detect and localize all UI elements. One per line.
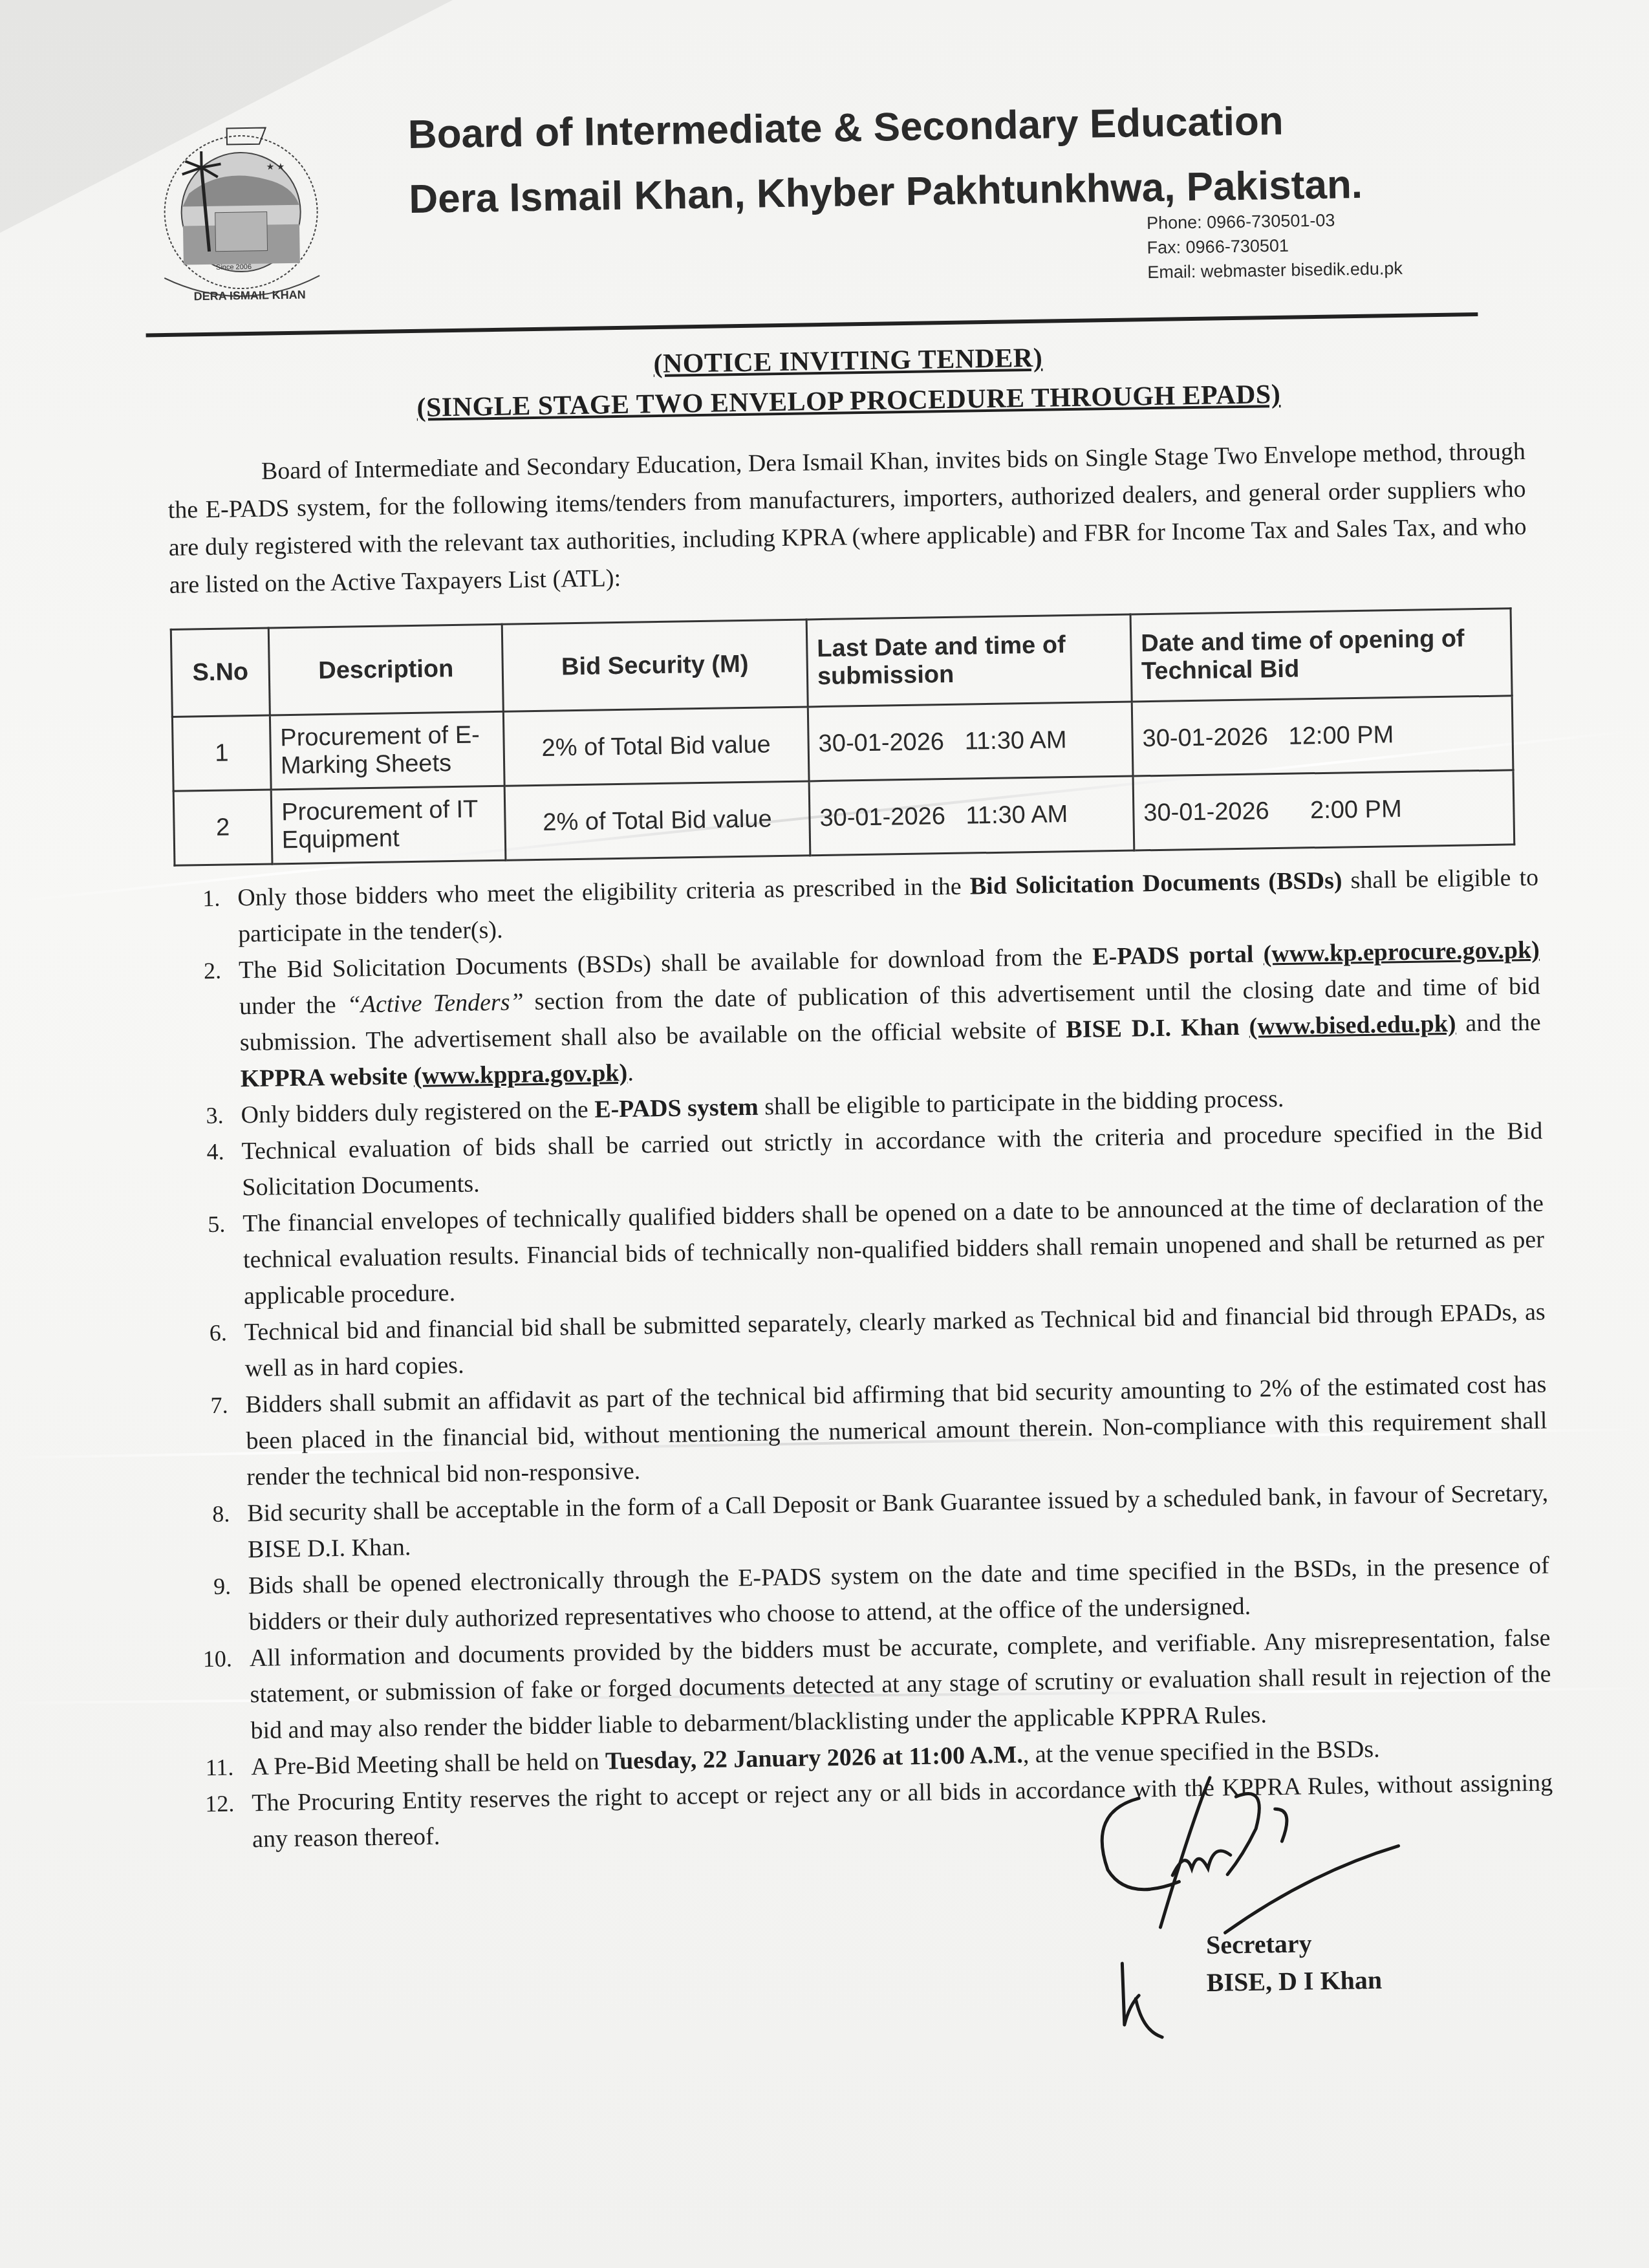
document-body: ★ ★ Since 2006 DERA ISMAIL KHAN Board of… [162,82,1557,2072]
scanned-page: ★ ★ Since 2006 DERA ISMAIL KHAN Board of… [0,0,1649,2268]
link-eprocure[interactable]: (www.kp.eprocure.gov.pk) [1263,936,1540,968]
svg-text:DERA ISMAIL KHAN: DERA ISMAIL KHAN [194,288,306,303]
header-bid-security: Bid Security (M) [502,620,808,711]
contact-info: Phone: 0966-730501-03 Fax: 0966-730501 E… [1147,207,1403,285]
cell-last-date: 30-01-2026 11:30 AM [809,776,1134,856]
bise-seal-logo-icon: ★ ★ Since 2006 DERA ISMAIL KHAN [136,114,346,311]
cell-description: Procurement of E-Marking Sheets [270,711,504,790]
term-item: The Bid Solicitation Documents (BSDs) sh… [227,932,1542,1097]
phone-number: Phone: 0966-730501-03 [1147,207,1402,235]
svg-text:★ ★: ★ ★ [266,162,285,172]
cell-last-date: 30-01-2026 11:30 AM [808,702,1133,781]
fax-number: Fax: 0966-730501 [1147,232,1402,260]
header-last-date: Last Date and time of submission [806,614,1132,707]
signatory-title: Secretary [1205,1924,1381,1964]
link-bised[interactable]: (www.bised.edu.pk) [1249,1010,1456,1041]
header-divider [146,312,1478,337]
header-description: Description [268,624,503,715]
intro-paragraph: Board of Intermediate and Secondary Educ… [167,433,1534,604]
cell-bid-security: 2% of Total Bid value [504,781,810,860]
terms-list: Only those bidders who meet the eligibil… [174,859,1553,1859]
cell-opening-date: 30-01-2026 12:00 PM [1132,696,1513,776]
cell-sno: 1 [172,715,271,791]
cell-bid-security: 2% of Total Bid value [503,707,809,786]
link-kppra[interactable]: (www.kppra.gov.pk) [413,1059,627,1090]
svg-text:Since 2006: Since 2006 [216,263,252,272]
header-opening-date: Date and time of opening of Technical Bi… [1130,609,1512,702]
term-item: All information and documents provided b… [237,1620,1551,1749]
handwritten-initials-icon [1115,1960,1169,2044]
signatory: Secretary BISE, D I Khan [1205,1924,1382,2002]
tender-table: S.No Description Bid Security (M) Last D… [170,607,1516,867]
cell-description: Procurement of IT Equipment [271,786,506,864]
term-item: Bidders shall submit an affidavit as par… [233,1366,1547,1496]
handwritten-signature-icon [1061,1768,1426,1942]
signatory-office: BISE, D I Khan [1206,1961,1382,2002]
email-address: Email: webmaster bisedik.edu.pk [1147,256,1403,285]
letterhead: ★ ★ Since 2006 DERA ISMAIL KHAN Board of… [162,82,1530,349]
cell-sno: 2 [173,790,272,865]
term-item: The financial envelopes of technically q… [231,1185,1545,1315]
cell-opening-date: 30-01-2026 2:00 PM [1133,770,1514,850]
header-sno: S.No [171,628,270,717]
signature-block: Secretary BISE, D I Khan [189,1837,1557,2072]
